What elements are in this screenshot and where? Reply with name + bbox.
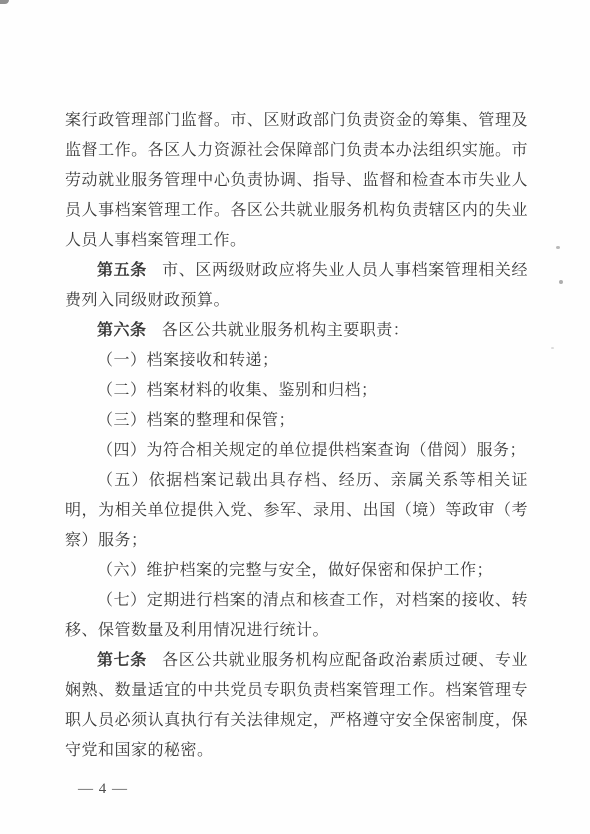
page-number: — 4 — [78,779,128,799]
paragraph-article-7: 第七条各区公共就业服务机构应配备政治素质过硬、专业娴熟、数量适宜的中共党员专职负… [65,646,528,766]
paragraph-continuation: 案行政管理部门监督。市、区财政部门负责资金的筹集、管理及监督工作。各区人力资源社… [65,106,528,256]
list-item-3: （三）档案的整理和保管； [65,406,528,436]
scan-artifact-top-left [0,0,9,4]
scan-speck [556,246,560,249]
list-item-1: （一）档案接收和转递； [65,346,528,376]
list-item-6: （六）维护档案的完整与安全，做好保密和保护工作； [65,556,528,586]
list-item-5: （五）依据档案记载出具存档、经历、亲属关系等相关证明，为相关单位提供入党、参军、… [65,466,528,556]
list-item-2: （二）档案材料的收集、鉴别和归档； [65,376,528,406]
paragraph-article-6: 第六条各区公共就业服务机构主要职责： [65,316,528,346]
article-6-label: 第六条 [97,322,147,339]
list-item-4: （四）为符合相关规定的单位提供档案查询（借阅）服务； [65,436,528,466]
list-item-7: （七）定期进行档案的清点和核查工作，对档案的接收、转移、保管数量及利用情况进行统… [65,586,528,646]
article-5-label: 第五条 [97,262,147,279]
article-7-label: 第七条 [97,652,147,669]
article-6-text: 各区公共就业服务机构主要职责： [162,322,410,339]
scan-speck [551,347,554,349]
paragraph-article-5: 第五条市、区两级财政应将失业人员人事档案管理相关经费列入同级财政预算。 [65,256,528,316]
scan-speck [559,280,563,284]
document-body: 案行政管理部门监督。市、区财政部门负责资金的筹集、管理及监督工作。各区人力资源社… [65,106,528,766]
scanned-document-page: 案行政管理部门监督。市、区财政部门负责资金的筹集、管理及监督工作。各区人力资源社… [0,0,590,834]
